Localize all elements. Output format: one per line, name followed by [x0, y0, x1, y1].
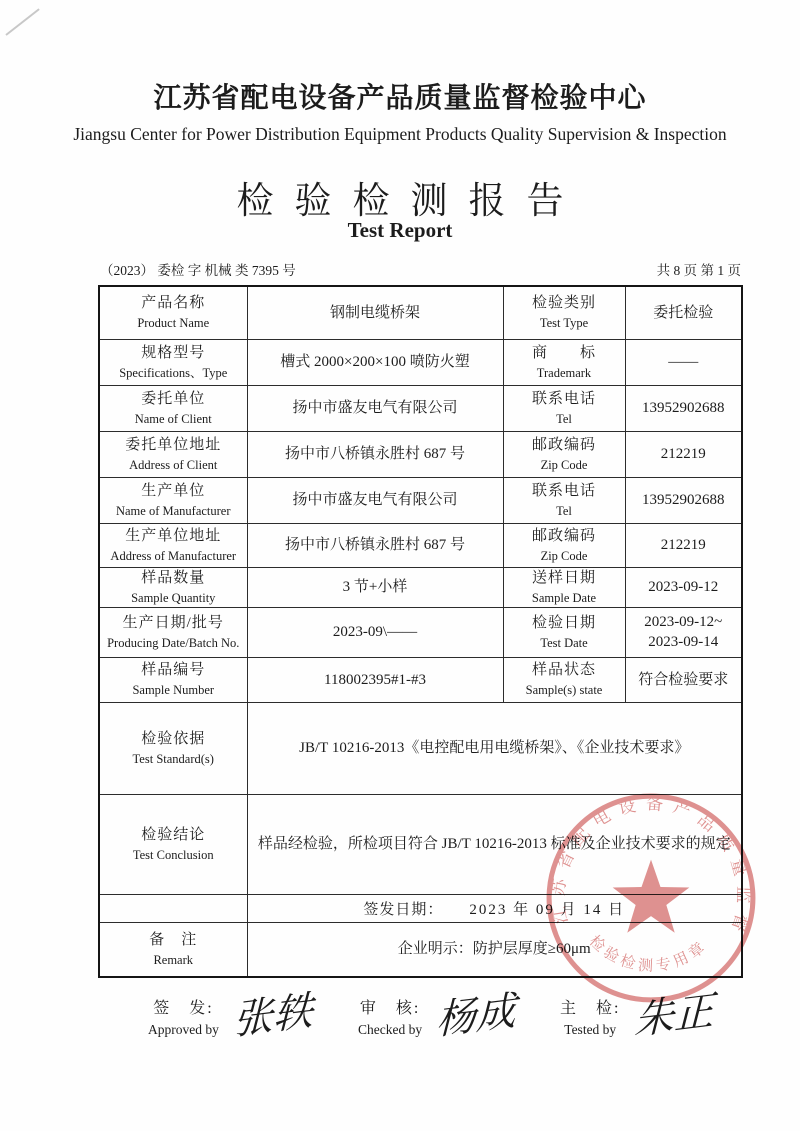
value-cell: 扬中市八桥镇永胜村 687 号: [247, 431, 503, 477]
label-cell: 商 标Trademark: [503, 339, 625, 385]
cell-value: 符合检验要求: [638, 672, 728, 688]
table-row: 生产日期/批号Producing Date/Batch No. 2023-09\…: [99, 607, 742, 657]
label-cn: 检验日期: [508, 613, 621, 633]
table-row: 样品编号Sample Number 118002395#1-#3 样品状态Sam…: [99, 657, 742, 702]
label-cell: 送样日期Sample Date: [503, 567, 625, 607]
value-cell: 扬中市盛友电气有限公司: [247, 477, 503, 523]
label-cn: 备 注: [104, 930, 243, 950]
label-cell: 邮政编码Zip Code: [503, 431, 625, 477]
cell-value: 3 节+小样: [343, 579, 408, 595]
report-table: 产品名称Product Name 钢制电缆桥架 检验类别Test Type 委托…: [98, 285, 743, 978]
issue-date-label: 签发日期：: [363, 902, 443, 918]
report-meta-line: （2023） 委检 字 机械 类 7395 号 共 8 页 第 1 页: [100, 259, 741, 279]
label-cn: 联系电话: [508, 481, 621, 501]
label-cell: 规格型号Specifications、Type: [99, 339, 247, 385]
label-cell: 检验类别Test Type: [503, 286, 625, 339]
checked-label-en: Checked by: [358, 1020, 422, 1039]
signature-labels: 审 核: Checked by: [358, 990, 422, 1039]
value-cell: 企业明示：防护层厚度≥60μm: [247, 922, 742, 977]
label-cell: 联系电话Tel: [503, 385, 625, 431]
label-cn: 样品数量: [104, 568, 243, 588]
label-en: Producing Date/Batch No.: [104, 635, 243, 652]
report-number: （2023） 委检 字 机械 类 7395 号: [100, 259, 296, 279]
label-cn: 商 标: [508, 343, 621, 363]
label-cn: 样品编号: [104, 660, 243, 680]
test-conclusion-value: 样品经检验，所检项目符合 JB/T 10216-2013 标准及企业技术要求的规…: [258, 836, 731, 852]
label-en: Sample(s) state: [508, 682, 621, 699]
signature-labels: 签 发: Approved by: [148, 990, 219, 1039]
report-title-en: Test Report: [0, 218, 800, 243]
checked-signature: 杨成: [436, 979, 516, 1046]
value-cell: JB/T 10216-2013《电控配电用电缆桥架》、《企业技术要求》: [247, 702, 742, 794]
value-cell: 扬中市八桥镇永胜村 687 号: [247, 523, 503, 567]
table-row: 规格型号Specifications、Type 槽式 2000×200×100 …: [99, 339, 742, 385]
label-en: Specifications、Type: [104, 365, 243, 382]
label-en: Address of Manufacturer: [104, 548, 243, 565]
label-cn: 产品名称: [104, 293, 243, 313]
empty-cell: [99, 894, 247, 922]
label-en: Tel: [508, 503, 621, 520]
value-cell: 212219: [625, 523, 742, 567]
approved-label-cn: 签 发:: [148, 998, 219, 1020]
label-cn: 送样日期: [508, 568, 621, 588]
signature-block-approved: 签 发: Approved by 张轶: [148, 990, 313, 1041]
label-en: Sample Number: [104, 682, 243, 699]
table-row: 生产单位地址Address of Manufacturer 扬中市八桥镇永胜村 …: [99, 523, 742, 567]
label-cell: 检验结论Test Conclusion: [99, 794, 247, 894]
value-cell: 3 节+小样: [247, 567, 503, 607]
label-cn: 委托单位地址: [104, 435, 243, 455]
cell-value: 钢制电缆桥架: [330, 305, 420, 321]
label-cn: 联系电话: [508, 389, 621, 409]
cell-value: 委托检验: [653, 305, 713, 321]
value-cell: 委托检验: [625, 286, 742, 339]
label-cn: 样品状态: [508, 660, 621, 680]
label-cell: 生产单位地址Address of Manufacturer: [99, 523, 247, 567]
cell-value: 槽式 2000×200×100 喷防火塑: [280, 354, 469, 370]
label-cell: 委托单位地址Address of Client: [99, 431, 247, 477]
org-name-cn: 江苏省配电设备产品质量监督检验中心: [0, 76, 800, 116]
table-row-issue-date: 签发日期：2023 年 09 月 14 日: [99, 894, 742, 922]
table-row: 委托单位Name of Client 扬中市盛友电气有限公司 联系电话Tel 1…: [99, 385, 742, 431]
signature-labels: 主 检: Tested by: [560, 990, 620, 1039]
label-en: Test Standard(s): [104, 751, 243, 768]
label-en: Tel: [508, 411, 621, 428]
table-row: 产品名称Product Name 钢制电缆桥架 检验类别Test Type 委托…: [99, 286, 742, 339]
label-en: Sample Date: [508, 590, 621, 607]
value-cell: 212219: [625, 431, 742, 477]
label-cn: 检验类别: [508, 293, 621, 313]
label-en: Name of Client: [104, 411, 243, 428]
cell-value: 13952902688: [642, 400, 725, 416]
label-cell: 邮政编码Zip Code: [503, 523, 625, 567]
value-cell: 13952902688: [625, 385, 742, 431]
label-cn: 邮政编码: [508, 435, 621, 455]
label-cn: 生产单位地址: [104, 526, 243, 546]
label-cell: 备 注Remark: [99, 922, 247, 977]
label-en: Product Name: [104, 315, 243, 332]
label-cn: 委托单位: [104, 389, 243, 409]
label-cn: 邮政编码: [508, 526, 621, 546]
cell-value: 2023-09\——: [333, 624, 417, 640]
approved-label-en: Approved by: [148, 1020, 219, 1039]
label-cell: 样品数量Sample Quantity: [99, 567, 247, 607]
report-title-cn: 检验检测报告: [0, 170, 800, 224]
label-en: Zip Code: [508, 457, 621, 474]
label-cell: 委托单位Name of Client: [99, 385, 247, 431]
remark-value: 企业明示：防护层厚度≥60μm: [398, 941, 591, 957]
cell-value: 212219: [661, 537, 706, 553]
label-cell: 样品编号Sample Number: [99, 657, 247, 702]
signature-block-checked: 审 核: Checked by 杨成: [358, 990, 516, 1041]
label-cn: 规格型号: [104, 343, 243, 363]
org-name-en: Jiangsu Center for Power Distribution Eq…: [0, 124, 800, 145]
value-cell: 118002395#1-#3: [247, 657, 503, 702]
cell-value: 2023-09-12: [648, 579, 718, 595]
label-cn: 生产单位: [104, 481, 243, 501]
value-cell: ——: [625, 339, 742, 385]
label-cell: 检验日期Test Date: [503, 607, 625, 657]
cell-value: ——: [668, 354, 698, 370]
approved-signature: 张轶: [233, 979, 313, 1046]
label-cell: 生产日期/批号Producing Date/Batch No.: [99, 607, 247, 657]
label-en: Test Date: [508, 635, 621, 652]
cell-value: 212219: [661, 446, 706, 462]
cell-value: 扬中市八桥镇永胜村 687 号: [285, 537, 465, 553]
tested-label-cn: 主 检:: [560, 998, 620, 1020]
signature-block-tested: 主 检: Tested by 朱正: [560, 990, 714, 1041]
label-cn: 检验依据: [104, 729, 243, 749]
label-en: Zip Code: [508, 548, 621, 565]
label-cn: 检验结论: [104, 825, 243, 845]
label-en: Test Conclusion: [104, 847, 243, 864]
label-cell: 联系电话Tel: [503, 477, 625, 523]
label-cn: 生产日期/批号: [104, 613, 243, 633]
cell-value: 13952902688: [642, 492, 725, 508]
value-cell: 2023-09\——: [247, 607, 503, 657]
label-en: Address of Client: [104, 457, 243, 474]
page-indicator: 共 8 页 第 1 页: [657, 259, 741, 279]
cell-value: 扬中市盛友电气有限公司: [292, 400, 457, 416]
issue-date-value: 2023 年 09 月 14 日: [469, 902, 625, 918]
report-page: 江苏省配电设备产品质量监督检验中心 Jiangsu Center for Pow…: [0, 0, 800, 1131]
value-cell: 2023-09-12: [625, 567, 742, 607]
table-row: 委托单位地址Address of Client 扬中市八桥镇永胜村 687 号 …: [99, 431, 742, 477]
table-row: 样品数量Sample Quantity 3 节+小样 送样日期Sample Da…: [99, 567, 742, 607]
scan-artifact: [5, 8, 39, 35]
cell-value: 2023-09-12~ 2023-09-14: [644, 614, 722, 650]
issue-date-cell: 签发日期：2023 年 09 月 14 日: [247, 894, 742, 922]
label-cell: 样品状态Sample(s) state: [503, 657, 625, 702]
value-cell: 13952902688: [625, 477, 742, 523]
value-cell: 符合检验要求: [625, 657, 742, 702]
label-en: Test Type: [508, 315, 621, 332]
value-cell: 钢制电缆桥架: [247, 286, 503, 339]
cell-value: 扬中市盛友电气有限公司: [292, 492, 457, 508]
label-en: Name of Manufacturer: [104, 503, 243, 520]
value-cell: 2023-09-12~ 2023-09-14: [625, 607, 742, 657]
table-row-remark: 备 注Remark 企业明示：防护层厚度≥60μm: [99, 922, 742, 977]
value-cell: 扬中市盛友电气有限公司: [247, 385, 503, 431]
table-row: 生产单位Name of Manufacturer 扬中市盛友电气有限公司 联系电…: [99, 477, 742, 523]
label-cell: 产品名称Product Name: [99, 286, 247, 339]
tested-signature: 朱正: [634, 979, 714, 1046]
value-cell: 样品经检验，所检项目符合 JB/T 10216-2013 标准及企业技术要求的规…: [247, 794, 742, 894]
label-en: Sample Quantity: [104, 590, 243, 607]
test-standard-value: JB/T 10216-2013《电控配电用电缆桥架》、《企业技术要求》: [299, 740, 689, 756]
table-row-conclusion: 检验结论Test Conclusion 样品经检验，所检项目符合 JB/T 10…: [99, 794, 742, 894]
cell-value: 扬中市八桥镇永胜村 687 号: [285, 446, 465, 462]
label-en: Trademark: [508, 365, 621, 382]
checked-label-cn: 审 核:: [358, 998, 422, 1020]
table-row-standard: 检验依据Test Standard(s) JB/T 10216-2013《电控配…: [99, 702, 742, 794]
label-en: Remark: [104, 952, 243, 969]
cell-value: 118002395#1-#3: [324, 672, 426, 688]
value-cell: 槽式 2000×200×100 喷防火塑: [247, 339, 503, 385]
tested-label-en: Tested by: [560, 1020, 620, 1039]
label-cell: 检验依据Test Standard(s): [99, 702, 247, 794]
label-cell: 生产单位Name of Manufacturer: [99, 477, 247, 523]
